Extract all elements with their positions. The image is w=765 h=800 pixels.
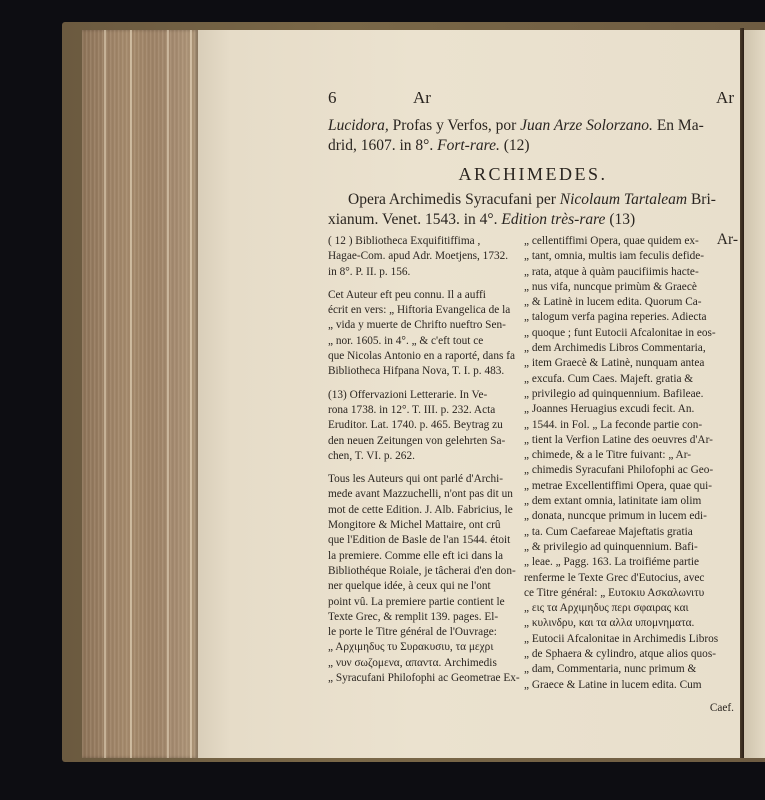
text-run: Edition très-rare <box>501 211 605 228</box>
footnote-paragraph: Cet Auteur eft peu connu. Il a auffiécri… <box>328 288 526 380</box>
text-run: Nicolaum Tartaleam <box>560 191 687 208</box>
text-run: (13) <box>605 211 635 228</box>
text-line: ner quelque idée, à ceux qui ne l'ont <box>328 579 526 594</box>
text-line: „ donata, nuncque primum in lucem edi- <box>524 509 734 524</box>
text-line: ( 12 ) Bibliotheca Exquifitiffima , <box>328 234 526 249</box>
previous-entry: Lucidora, Profas y Verfos, por Juan Arze… <box>328 116 738 156</box>
text-run: En Ma- <box>653 117 704 134</box>
text-line: la premiere. Comme elle eft ici dans la <box>328 549 526 564</box>
text-line: „ κυλινδρυ, και τα αλλα υπομνηματα. <box>524 616 734 631</box>
text-line: „ & privilegio ad quinquennium. Bafi- <box>524 540 734 555</box>
text-line: „ εις τα Αρχιμηδυς περι σφαιρας και <box>524 601 734 616</box>
text-run: drid, 1607. in 8°. <box>328 137 437 154</box>
page-number: 6 <box>328 88 337 108</box>
text-line: Bibliothéque Roiale, je tâcherai d'en do… <box>328 564 526 579</box>
text-line: „ rata, atque à quàm paucifiimis hacte- <box>524 265 734 280</box>
edge-line <box>104 30 106 758</box>
text-line: „ item Graecè & Latinè, nunquam antea <box>524 356 734 371</box>
text-run: Juan Arze Solorzano. <box>520 117 653 134</box>
text-line: „ privilegio ad quinquennium. Bafileae. <box>524 387 734 402</box>
text-line: „ chimede, & a le Titre fuivant: „ Ar- <box>524 448 734 463</box>
text-line: mede avant Mazzuchelli, n'ont pas dit un <box>328 487 526 502</box>
running-head: 6 Ar Ar <box>328 88 734 112</box>
text-line: Hagae-Com. apud Adr. Moetjens, 1732. <box>328 249 526 264</box>
edge-line <box>167 30 169 758</box>
text-line: rona 1738. in 12°. T. III. p. 232. Acta <box>328 403 526 418</box>
text-line: „ Eutocii Afcalonitae in Archimedis Libr… <box>524 632 734 647</box>
text-line: ce Titre général: „ Ευτοκιυ Ασκαλωνιτυ <box>524 586 734 601</box>
text-line: „ tant, omnia, multis iam feculis defide… <box>524 249 734 264</box>
text-line: „ dem Archimedis Libros Commentaria, <box>524 341 734 356</box>
text-line: „ ta. Cum Caefareae Majeftatis gratia <box>524 525 734 540</box>
text-line: Mongitore & Michel Mattaire, ont crû <box>328 518 526 533</box>
text-line: „ 1544. in Fol. „ La feconde partie con- <box>524 418 734 433</box>
text-line: renferme le Texte Grec d'Eutocius, avec <box>524 571 734 586</box>
text-run: Bri- <box>687 191 716 208</box>
text-run: Lucidora, <box>328 117 389 134</box>
text-line: in 8°. P. II. p. 156. <box>328 265 526 280</box>
text-line: „ nor. 1605. in 4°. „ & c'eft tout ce <box>328 334 526 349</box>
text-run: Fort-rare. <box>437 137 500 154</box>
text-line: „ leae. „ Pagg. 163. La troifiéme partie <box>524 555 734 570</box>
text-line: den neuen Zeitungen von gelehrten Sa- <box>328 434 526 449</box>
entry-text: Opera Archimedis Syracufani per Nicolaum… <box>328 190 738 230</box>
text-run: Opera Archimedis Syracufani per <box>348 191 560 208</box>
text-line: Cet Auteur eft peu connu. Il a auffi <box>328 288 526 303</box>
next-page-edge <box>744 30 765 758</box>
entry-heading: ARCHIMEDES. <box>328 164 738 184</box>
text-line: „ Αρχιμηδυς τυ Συρακυσιυ, τα μεχρι <box>328 640 526 655</box>
text-line: „ nus vifa, nuncque primùm & Graecè <box>524 280 734 295</box>
running-head-right: Ar <box>716 88 734 108</box>
text-line: Bibliotheca Hifpana Nova, T. I. p. 483. <box>328 364 526 379</box>
text-line: „ νυν σωζομενα, απαντα. Archimedis <box>328 656 526 671</box>
main-text: Lucidora, Profas y Verfos, por Juan Arze… <box>328 116 738 250</box>
text-line: „ quoque ; funt Eutocii Afcalonitae in e… <box>524 326 734 341</box>
footnote-paragraph: Tous les Auteurs qui ont parlé d'Archi-m… <box>328 472 526 686</box>
text-line: „ Graece & Latine in lucem edita. Cum <box>524 678 734 693</box>
text-line: „ Joannes Heruagius excudi fecit. An. <box>524 402 734 417</box>
text-line: Texte Grec, & remplit 139. pages. El- <box>328 610 526 625</box>
text-line: „ Syracufani Philofophi ac Geometrae Ex- <box>328 671 526 686</box>
text-line: „ cellentiffimi Opera, quae quidem ex- <box>524 234 734 249</box>
book-page: 6 Ar Ar Lucidora, Profas y Verfos, por J… <box>198 30 740 758</box>
text-run: (12) <box>500 137 530 154</box>
text-line: „ vida y muerte de Chrifto nueftro Sen- <box>328 318 526 333</box>
text-line: „ excufa. Cum Caes. Majeft. gratia & <box>524 372 734 387</box>
text-line: que Nicolas Antonio en a raporté, dans f… <box>328 349 526 364</box>
text-line: chen, T. VI. p. 262. <box>328 449 526 464</box>
footnote-12: ( 12 ) Bibliotheca Exquifitiffima ,Hagae… <box>328 234 526 280</box>
footnotes-right-column: „ cellentiffimi Opera, quae quidem ex-„ … <box>524 234 734 724</box>
text-line: Eruditor. Lat. 1740. p. 465. Beytrag zu <box>328 418 526 433</box>
footnote-13: (13) Offervazioni Letterarie. In Ve-rona… <box>328 388 526 464</box>
footnotes-left-column: ( 12 ) Bibliotheca Exquifitiffima ,Hagae… <box>328 234 526 694</box>
text-run: Profas y Verfos, por <box>389 117 520 134</box>
text-line: „ metrae Excellentiffimi Opera, quae qui… <box>524 479 734 494</box>
text-line: point vû. La premiere partie contient le <box>328 595 526 610</box>
text-line: „ dam, Commentaria, nunc primum & <box>524 662 734 677</box>
text-line: „ & Latinè in lucem edita. Quorum Ca- <box>524 295 734 310</box>
catchword: Caef. <box>524 701 734 716</box>
text-line: que l'Edition de Basle de l'an 1544. éto… <box>328 533 526 548</box>
text-run: xianum. Venet. 1543. in 4°. <box>328 211 501 228</box>
text-line: Tous les Auteurs qui ont parlé d'Archi- <box>328 472 526 487</box>
footnote-continuation: „ cellentiffimi Opera, quae quidem ex-„ … <box>524 234 734 693</box>
edge-line <box>190 30 192 758</box>
page-edges <box>82 30 198 758</box>
text-line: écrit en vers: „ Hiftoria Evangelica de … <box>328 303 526 318</box>
text-line: le porte le Titre général de l'Ouvrage: <box>328 625 526 640</box>
text-line: „ dem extant omnia, latinitate iam olim <box>524 494 734 509</box>
text-line: „ de Sphaera & cylindro, atque alios quo… <box>524 647 734 662</box>
text-line: „ talogum verfa pagina reperies. Adiecta <box>524 310 734 325</box>
running-head-left: Ar <box>413 88 431 108</box>
text-line: (13) Offervazioni Letterarie. In Ve- <box>328 388 526 403</box>
text-line: „ tient la Verfion Latine des oeuvres d'… <box>524 433 734 448</box>
text-line: mot de cette Edition. J. Alb. Fabricius,… <box>328 503 526 518</box>
text-line: „ chimedis Syracufani Philofophi ac Geo- <box>524 463 734 478</box>
edge-line <box>130 30 132 758</box>
